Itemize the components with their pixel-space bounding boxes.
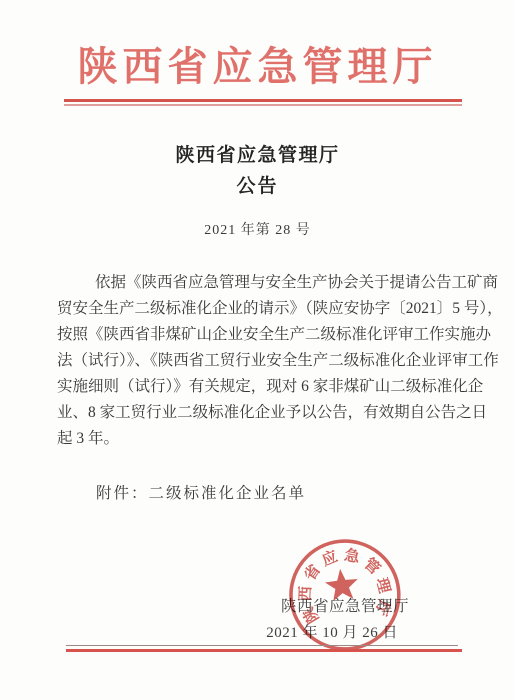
- body-line: 按照《陕西省非煤矿山企业安全生产二级标准化评审工作实施办: [57, 322, 458, 348]
- seal-star-icon: [324, 567, 360, 602]
- body-line: 法（试行）》、《陕西省工贸行业安全生产二级标准化企业评审工作: [57, 348, 458, 374]
- seal-arc-char: 陕: [299, 604, 323, 627]
- body-line: 业、8 家工贸行业二级标准化企业予以公告，有效期自公告之日: [57, 400, 458, 426]
- attachment-line: 附件：二级标准化企业名单: [96, 481, 306, 503]
- seal-arc-char: 省: [301, 561, 324, 584]
- seal-arc-char: 管: [360, 554, 383, 578]
- official-seal-stamp: 陕 西 省 应 急 管 理 厅: [280, 531, 410, 661]
- document-title-line1: 陕西省应急管理厅: [0, 140, 515, 167]
- letterhead-rule-thin: [64, 104, 462, 106]
- seal-arc-char: 理: [373, 576, 393, 596]
- body-line: 实施细则（试行）》有关规定，现对 6 家非煤矿山二级标准化企: [57, 374, 458, 400]
- seal-arc-char: 厅: [371, 597, 392, 618]
- document-number: 2021 年第 28 号: [0, 219, 515, 239]
- seal-arc-char: 西: [297, 585, 315, 602]
- document-page: 陕西省应急管理厅 陕西省应急管理厅 公告 2021 年第 28 号 依据《陕西省…: [0, 0, 515, 700]
- footer-rule-thin: [66, 645, 458, 646]
- footer-rule-red: [66, 649, 462, 652]
- body-line: 起 3 年。: [57, 426, 458, 452]
- body-line: 依据《陕西省应急管理与安全生产协会关于提请公告工矿商: [57, 270, 458, 296]
- body-paragraph: 依据《陕西省应急管理与安全生产协会关于提请公告工矿商 贸安全生产二级标准化企业的…: [57, 270, 458, 452]
- seal-arc-char: 急: [343, 546, 362, 567]
- document-title-line2: 公告: [0, 171, 515, 198]
- letterhead-rule-thick: [64, 99, 462, 102]
- body-line: 贸安全生产二级标准化企业的请示》（陕应安协字〔2021〕5 号），: [57, 296, 458, 322]
- seal-arc-char: 应: [319, 547, 340, 569]
- letterhead-agency-name: 陕西省应急管理厅: [0, 42, 515, 92]
